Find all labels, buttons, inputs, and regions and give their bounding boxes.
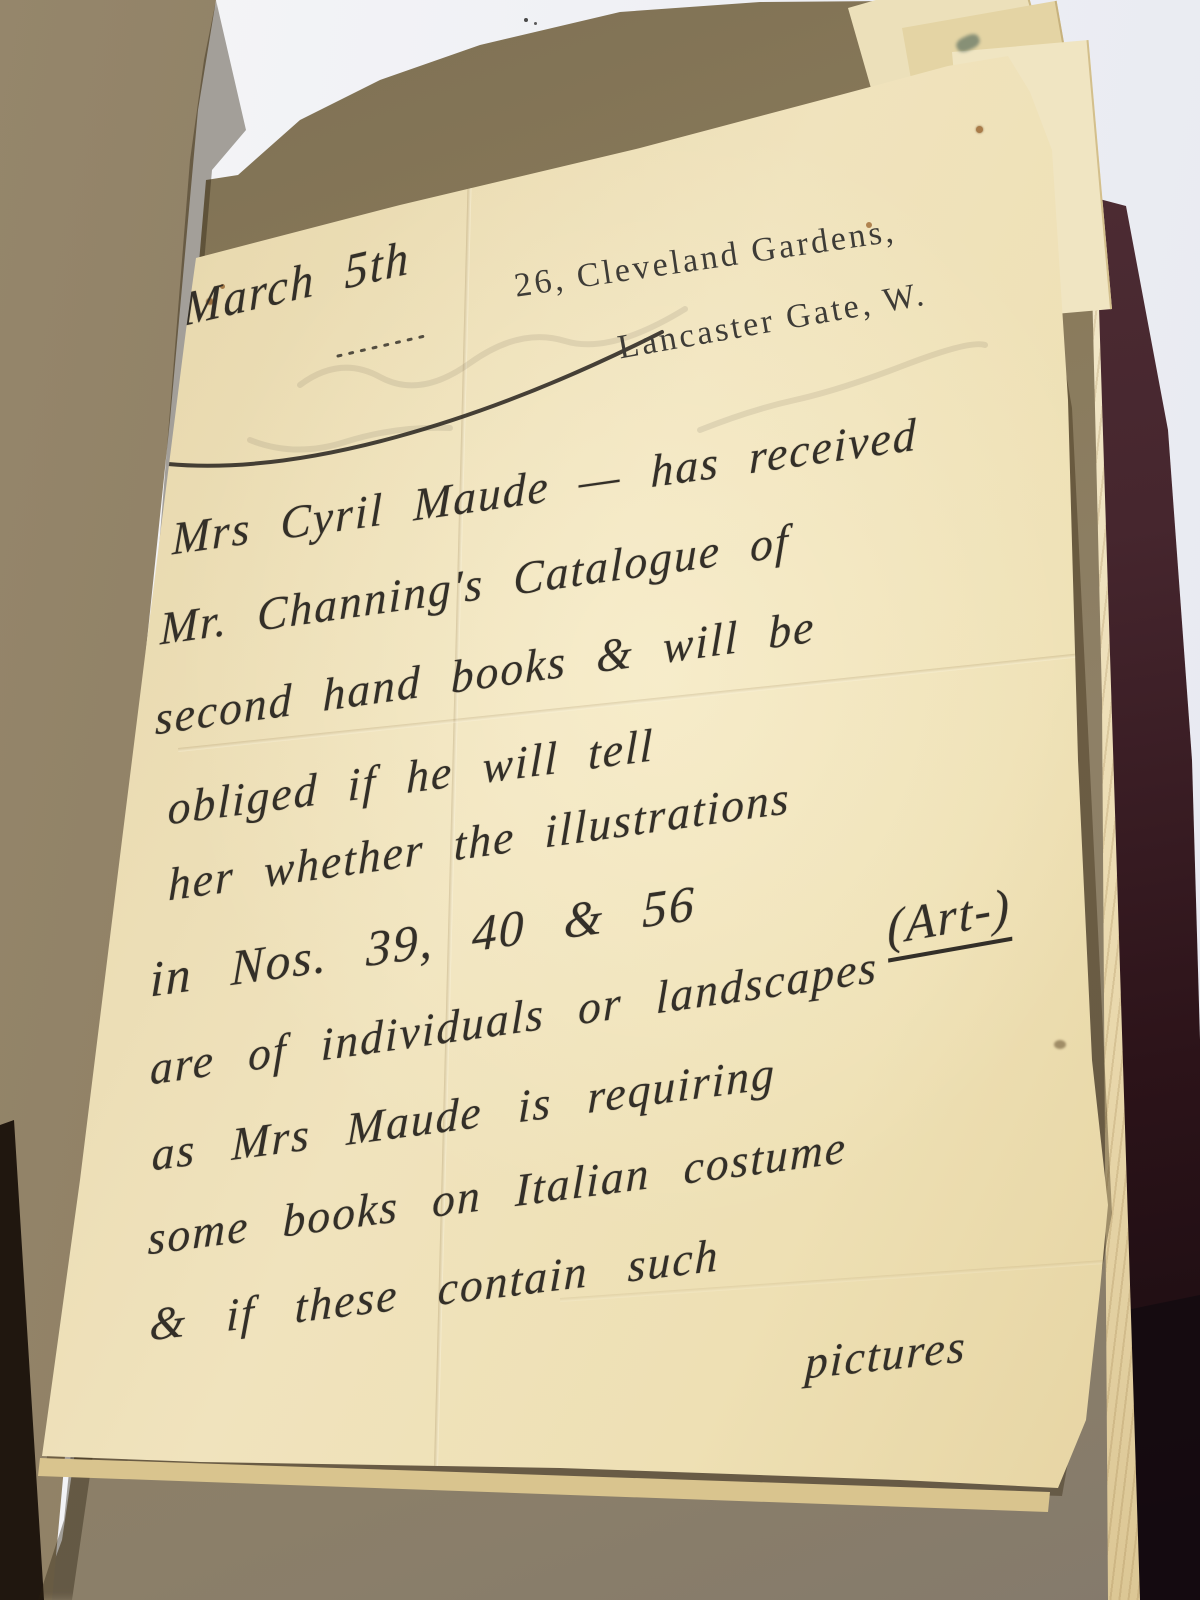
handwriting-line-11: pictures — [804, 1319, 967, 1389]
speck — [524, 18, 528, 22]
stain-speck — [1054, 1040, 1066, 1049]
pinhole — [976, 126, 983, 133]
handwriting-line-1: Mrs Cyril Maude — has received — [172, 407, 917, 565]
photo-of-letter-in-album: 26, Cleveland Gardens, Lancaster Gate, W… — [0, 0, 1200, 1600]
handwriting-line-6-art-note: (Art-) — [886, 876, 1012, 962]
speck — [534, 22, 537, 25]
letterhead-line-2: Lancaster Gate, W. — [615, 276, 930, 368]
